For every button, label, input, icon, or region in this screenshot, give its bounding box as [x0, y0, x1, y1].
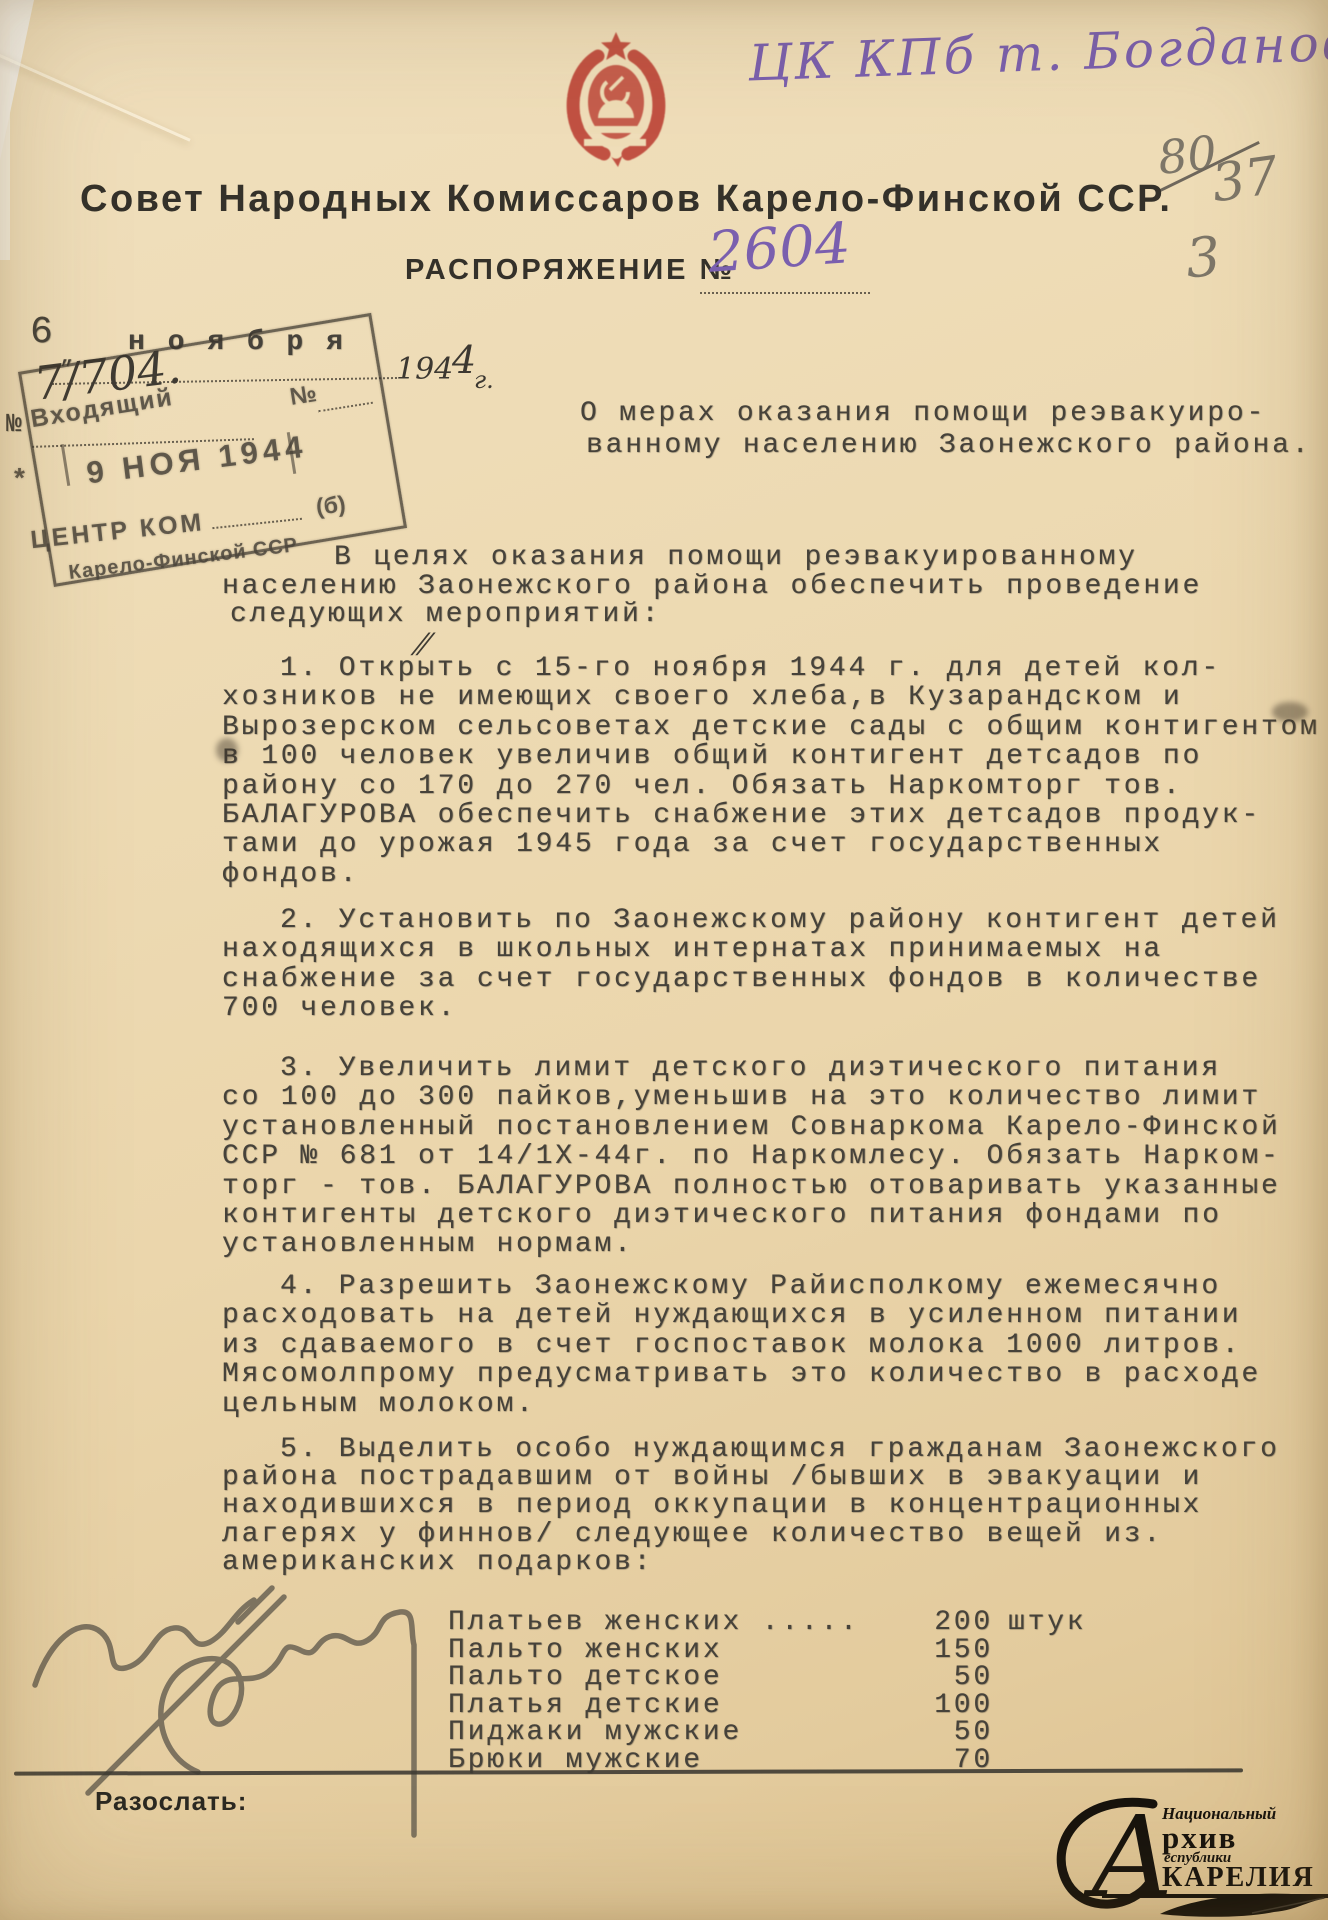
- distribute-label: Разослать:: [95, 1786, 247, 1817]
- text-line: тами до урожая 1945 года за счет государ…: [222, 830, 1320, 859]
- item-qty: 200: [913, 1608, 993, 1637]
- text-line: следующих мероприятий:: [222, 601, 1202, 630]
- item-qty: 100: [913, 1691, 993, 1720]
- text-line: находившихся в период оккупации в концен…: [222, 1492, 1280, 1520]
- paragraph-1: 1. Открыть с 15-го ноября 1944 г. для де…: [222, 654, 1320, 889]
- scan-edge: [0, 0, 10, 260]
- text-line: 4. Разрешить Заонежскому Райисполкому еж…: [222, 1272, 1261, 1301]
- text-line: населению Заонежского района обеспечить …: [222, 573, 1202, 602]
- subject-line: О мерах оказания помощи реэвакуиро-: [580, 398, 1311, 430]
- text-line: Мясомолпрому предусматривать это количес…: [222, 1360, 1261, 1389]
- item-label: Платьев женских .....: [448, 1607, 860, 1638]
- soviet-emblem-icon: [560, 30, 672, 168]
- ink-smudge: [1272, 702, 1308, 722]
- text-line: в 100 человек увеличив общий контигент д…: [222, 742, 1320, 771]
- date-year-suffix: г.: [474, 366, 494, 394]
- list-item: Пальто детское 50: [448, 1663, 860, 1691]
- text-line: фондов.: [222, 860, 1320, 889]
- pencil-number-2: 3: [1183, 225, 1223, 291]
- text-line: контигенты детского диэтического питания…: [222, 1201, 1281, 1230]
- text-line: лагерях у финнов/ следующее количество в…: [222, 1521, 1280, 1549]
- org-title: Совет Народных Комиссаров Карело-Финской…: [80, 178, 1172, 221]
- date-day: 6: [30, 318, 56, 347]
- item-qty: 50: [913, 1718, 993, 1747]
- order-number-line: [700, 290, 870, 294]
- quill-feather-icon: [1156, 1886, 1328, 1918]
- text-line: установленным нормам.: [222, 1230, 1281, 1259]
- intro-block: В целях оказания помощи реэвакуированном…: [222, 544, 1202, 630]
- text-line: району со 170 до 270 чел. Обязать Нарком…: [222, 772, 1320, 801]
- text-line: находящихся в школьных интернатах приним…: [222, 935, 1280, 964]
- text-line: из сдаваемого в счет госпоставок молока …: [222, 1331, 1261, 1360]
- text-line: установленный постановлением Совнаркома …: [222, 1113, 1281, 1142]
- text-line: района пострадавшим от войны /бывших в э…: [222, 1464, 1280, 1492]
- text-line: хозников не имеющих своего хлеба,в Кузар…: [222, 683, 1320, 712]
- text-line: 1. Открыть с 15-го ноября 1944 г. для де…: [222, 654, 1320, 683]
- list-item: Пальто женских 150: [448, 1636, 860, 1664]
- ink-annotation: ЦК КПб т. Богданов: [747, 13, 1328, 92]
- ink-smudge: [216, 738, 238, 762]
- date-year-digit: 4: [452, 338, 476, 382]
- paragraph-4: 4. Разрешить Заонежскому Райисполкому еж…: [222, 1272, 1261, 1419]
- subject-line: ванному населению Заонежского района.: [580, 430, 1311, 462]
- text-line: цельным молоком.: [222, 1390, 1261, 1419]
- item-qty: 50: [913, 1663, 993, 1692]
- date-year: 194: [396, 352, 453, 387]
- stamp-number-label: №: [288, 380, 319, 412]
- document-page: ЦК КПб т. Богданов 80 37 3 Совет Народны…: [0, 0, 1328, 1920]
- paragraph-2: 2. Установить по Заонежскому району конт…: [222, 906, 1280, 1024]
- list-item: Пиджаки мужские 50: [448, 1718, 860, 1746]
- handwritten-correction: ⁄⁄: [418, 628, 428, 663]
- paragraph-5: 5. Выделить особо нуждающимся гражданам …: [222, 1436, 1280, 1577]
- pencil-number: 37: [1208, 146, 1282, 215]
- text-line: Вырозерском сельсоветах детские сады с о…: [222, 713, 1320, 742]
- order-label: РАСПОРЯЖЕНИЕ №: [405, 254, 735, 287]
- list-item: Платьев женских ..... 200 штук: [448, 1608, 860, 1636]
- order-number-handwritten: 2604: [706, 211, 853, 286]
- text-line: расходовать на детей нуждающихся в усиле…: [222, 1301, 1261, 1330]
- text-line: В целях оказания помощи реэвакуированном…: [222, 544, 1202, 573]
- stamp-center-suffix: (б): [315, 491, 347, 521]
- stamp-center-dots: [213, 516, 303, 529]
- item-unit: штук: [1008, 1608, 1086, 1637]
- items-list: Платьев женских ..... 200 штук Пальто же…: [448, 1608, 860, 1773]
- stamp-star-icon: *: [14, 462, 25, 494]
- text-line: 3. Увеличить лимит детского диэтического…: [222, 1054, 1281, 1083]
- text-line: 700 человек.: [222, 994, 1280, 1023]
- text-line: торг - тов. БАЛАГУРОВА полностью отовари…: [222, 1172, 1281, 1201]
- form-number-label: №: [6, 410, 24, 439]
- text-line: снабжение за счет государственных фондов…: [222, 965, 1280, 994]
- subject-block: О мерах оказания помощи реэвакуиро- ванн…: [580, 398, 1311, 461]
- pencil-signatures: [10, 1560, 490, 1918]
- text-line: ССР № 681 от 14/1Х-44г. по Наркомлесу. О…: [222, 1142, 1281, 1171]
- text-line: БАЛАГУРОВА обеспечить снабжение этих дет…: [222, 801, 1320, 830]
- list-item: Платья детские 100: [448, 1691, 860, 1719]
- paragraph-3: 3. Увеличить лимит детского диэтического…: [222, 1054, 1281, 1260]
- item-qty: 150: [913, 1636, 993, 1665]
- item-label: Пиджаки мужские: [448, 1717, 742, 1748]
- text-line: 5. Выделить особо нуждающимся гражданам …: [222, 1436, 1280, 1464]
- text-line: 2. Установить по Заонежскому району конт…: [222, 906, 1280, 935]
- text-line: со 100 до 300 пайков,уменьшив на это кол…: [222, 1083, 1281, 1112]
